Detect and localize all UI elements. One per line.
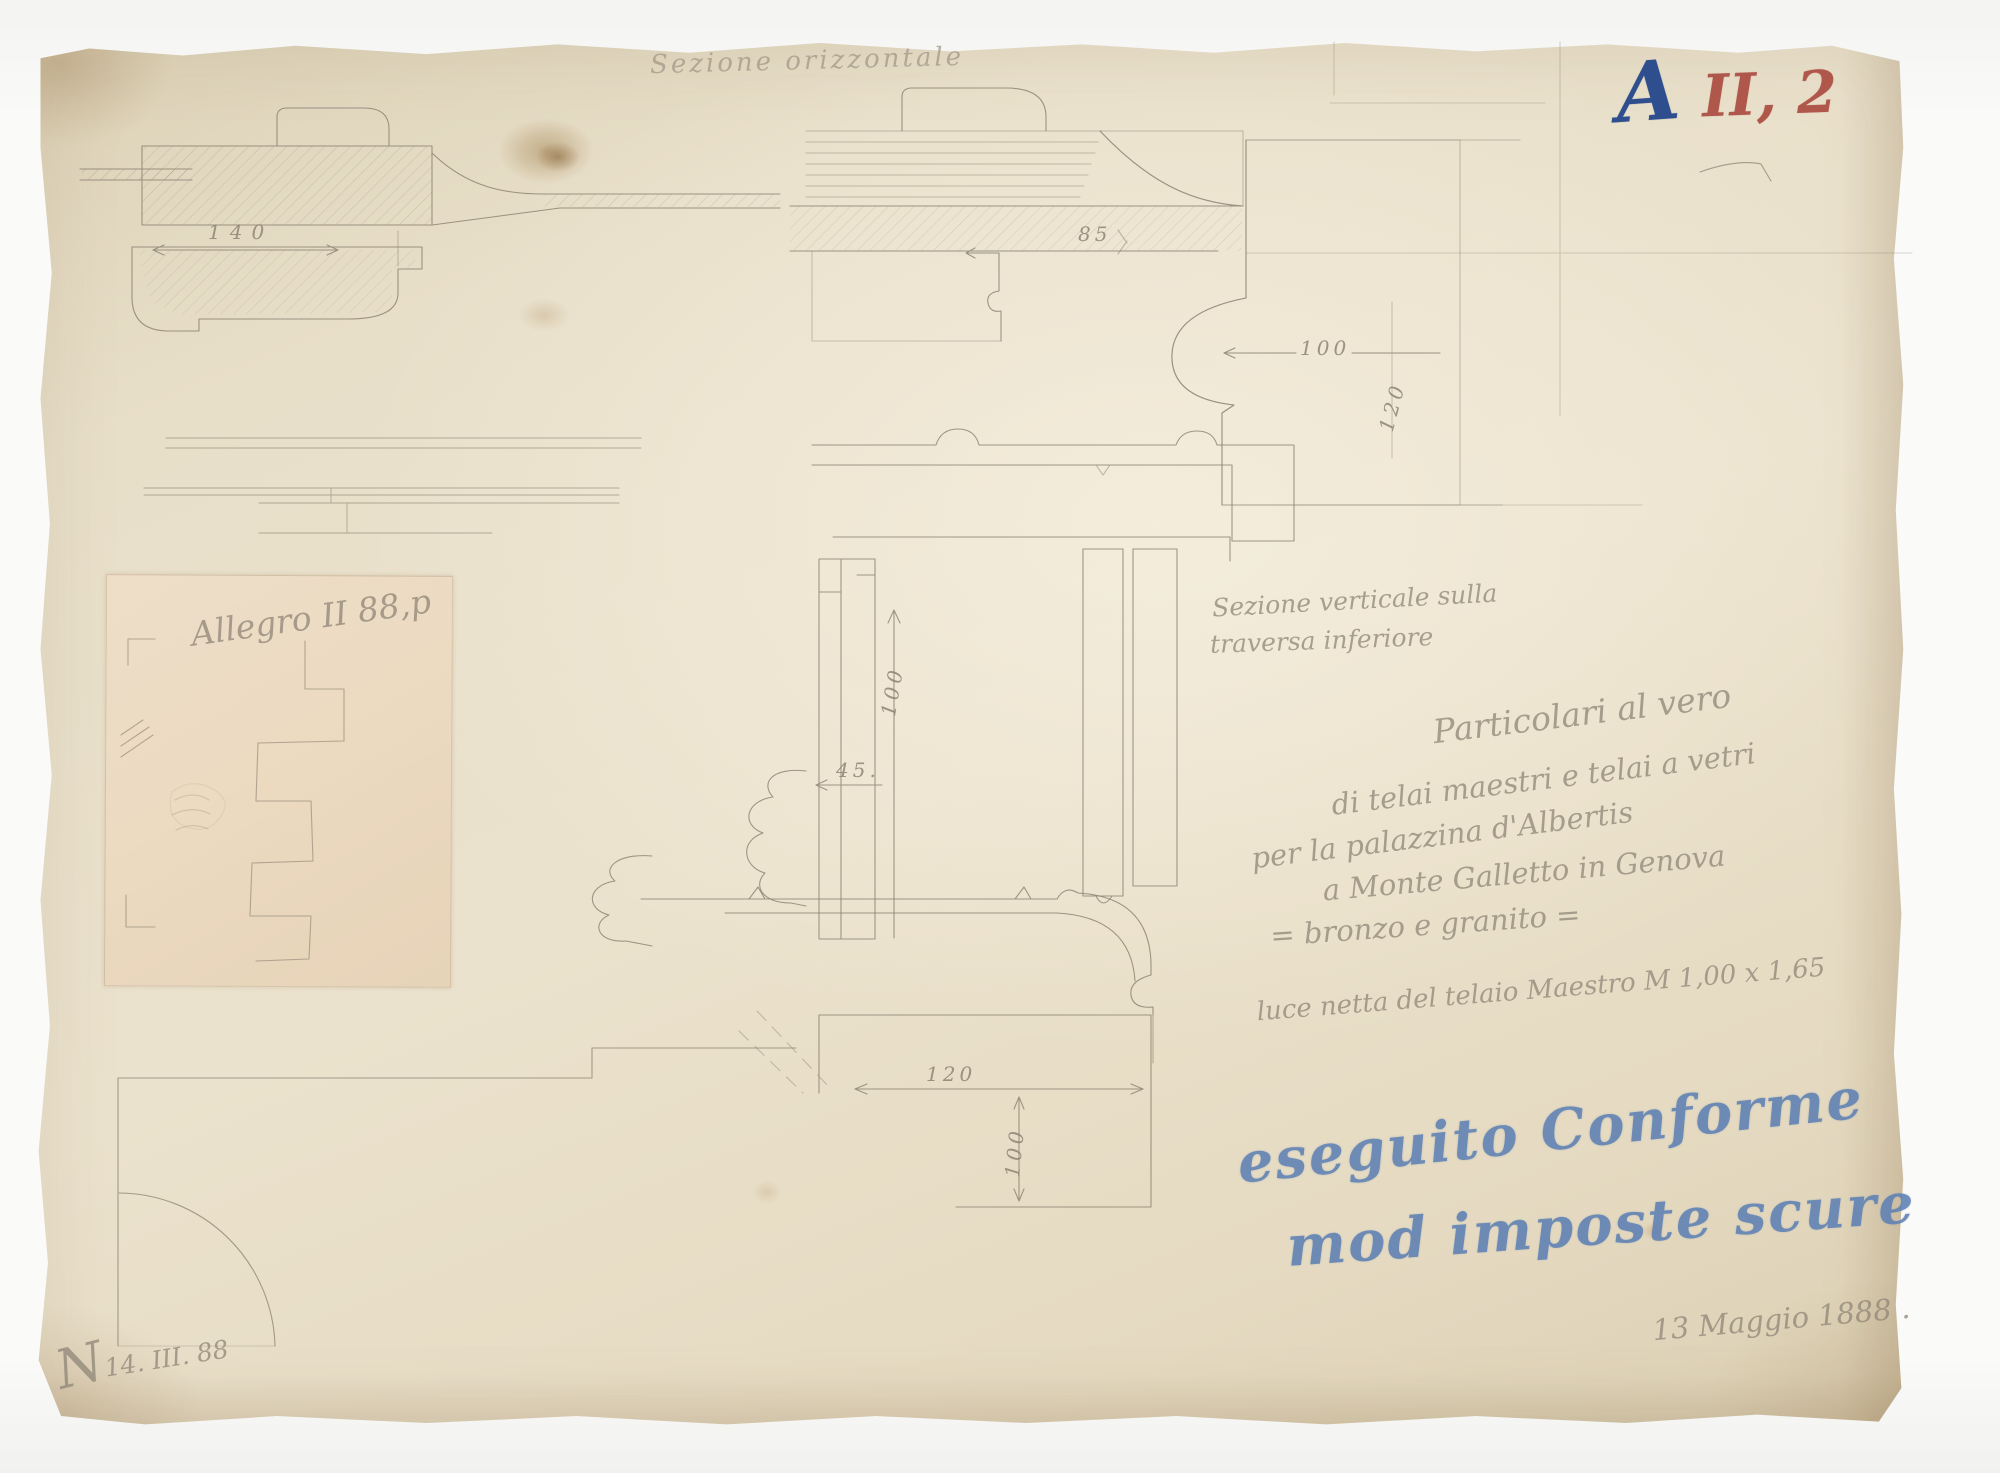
dimension-mullion-width: 45. [836, 758, 880, 782]
dimension-jamb-detail: 85 [1078, 222, 1111, 246]
dimension-block-width: 100 [1300, 336, 1350, 360]
dimension-frame-width: 140 [208, 220, 273, 244]
scanned-drawing-sheet: Sezione orizzontale A II, 2 Sezione vert… [0, 0, 2000, 1473]
classification-letter: A [1613, 42, 1683, 142]
dimension-sill-width: 120 [926, 1062, 976, 1086]
classification-number: II, 2 [1701, 58, 1838, 131]
